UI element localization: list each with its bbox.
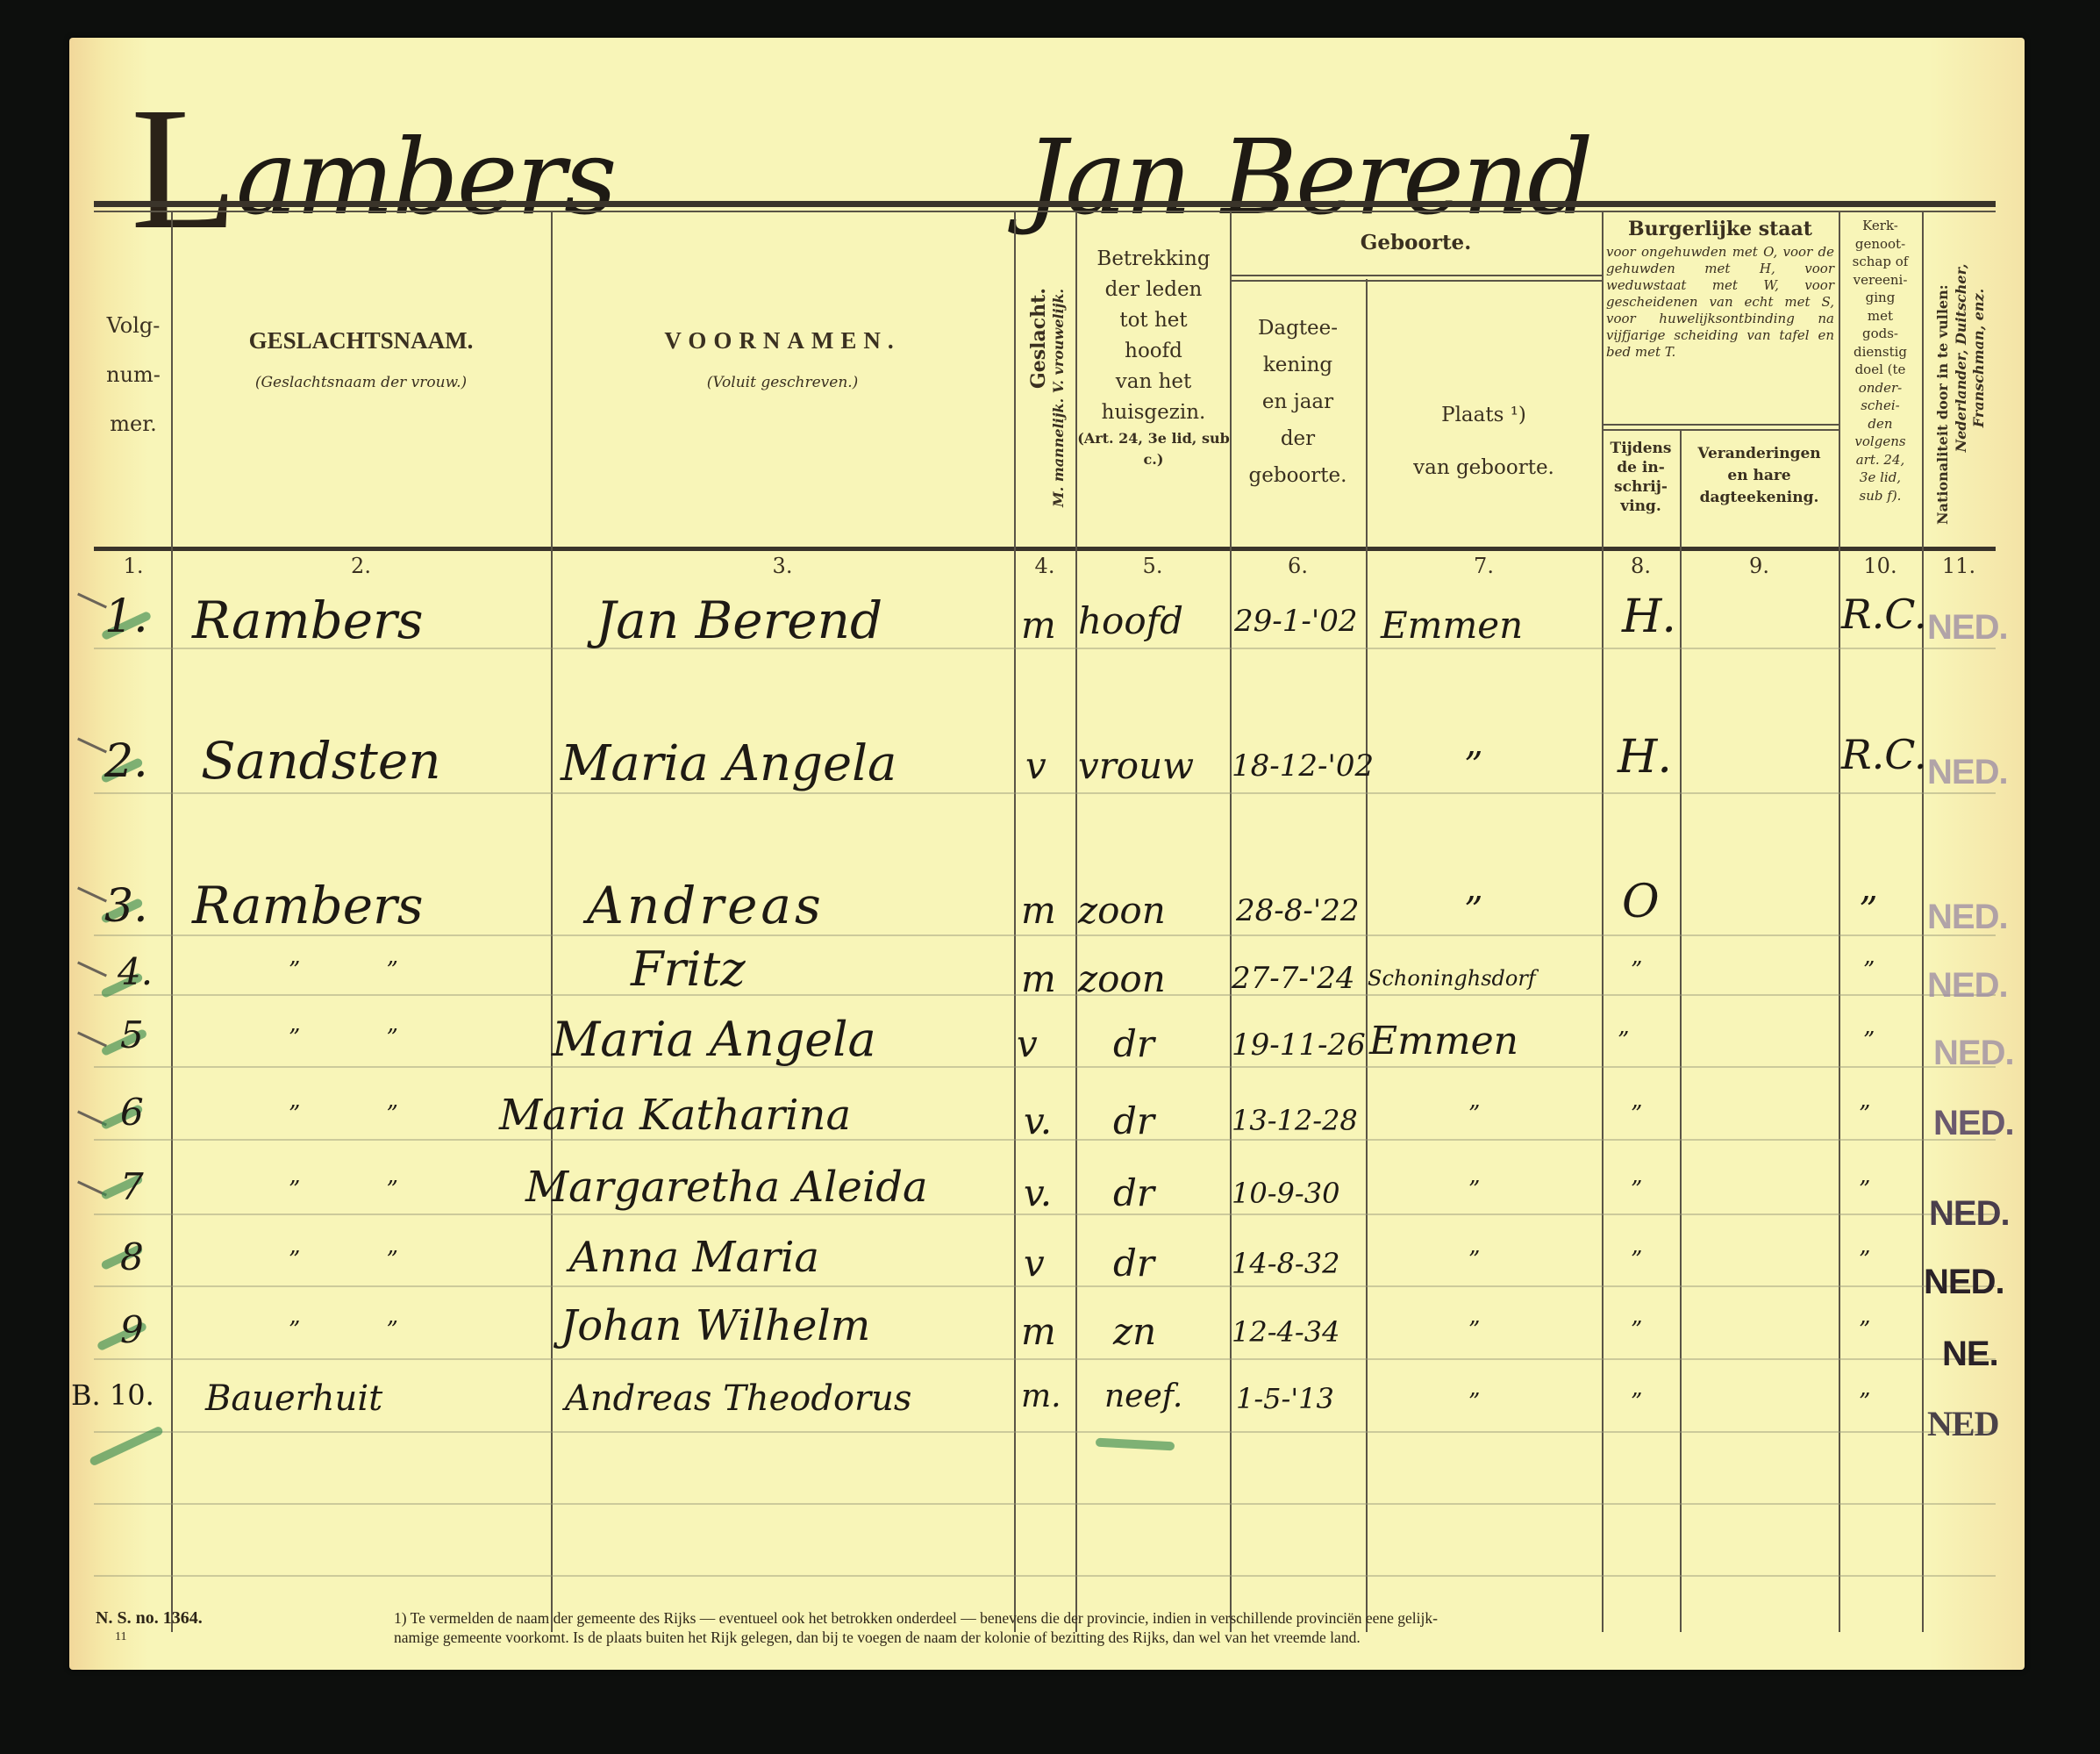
- header-text: dagteekening.: [1680, 487, 1839, 509]
- given-names: Johan Wilhelm: [561, 1301, 870, 1350]
- row-number: 3.: [104, 880, 148, 933]
- header-text: met: [1839, 307, 1922, 326]
- header-text: Volg-: [96, 301, 171, 350]
- col-number-4: 4.: [1014, 554, 1075, 578]
- surname: Sandsten: [201, 731, 441, 791]
- birth-place: ”: [1464, 744, 1482, 787]
- surname: Bauerhuit: [205, 1378, 382, 1419]
- header-text: Kerk-: [1839, 217, 1922, 235]
- row-number: 9: [120, 1308, 144, 1351]
- header-text: van geboorte.: [1366, 441, 1602, 494]
- ruled-line: [94, 1285, 1996, 1287]
- col-number-3: 3.: [551, 554, 1014, 578]
- col-number-2: 2.: [171, 554, 551, 578]
- nationality-stamp: NED: [1927, 1403, 1998, 1444]
- header-text: genoot-: [1839, 235, 1922, 254]
- sex: m: [1021, 1310, 1056, 1353]
- check-mark-icon: [77, 1032, 107, 1048]
- ruled-line: [94, 792, 1996, 794]
- header-top-rule-thin: [94, 211, 1996, 212]
- col-divider-3: [1014, 211, 1016, 1632]
- given-names: Andreas: [587, 876, 825, 935]
- col-number-6: 6.: [1230, 554, 1366, 578]
- check-mark-icon: [77, 887, 107, 903]
- birth-place: ”: [1468, 1317, 1480, 1343]
- sex: m.: [1021, 1378, 1061, 1414]
- header-top-rule: [94, 201, 1996, 207]
- col-number-9: 9.: [1680, 554, 1839, 578]
- surname: Rambers: [192, 876, 424, 935]
- surname: ” ”: [289, 1101, 398, 1128]
- header-text: onder-: [1839, 379, 1922, 397]
- header-text: der leden: [1077, 275, 1230, 305]
- row-number: 1.: [104, 591, 148, 643]
- given-names: Anna Maria: [569, 1233, 819, 1282]
- surname: ” ”: [289, 1177, 398, 1203]
- birth-place: Schoninghsdorf: [1368, 966, 1536, 991]
- header-text: Tijdens: [1602, 439, 1680, 458]
- birth-date: 12-4-34: [1232, 1315, 1339, 1349]
- surname: ” ”: [289, 1317, 398, 1343]
- birth-place: ”: [1468, 1247, 1480, 1273]
- nationality-stamp: NED.: [1927, 753, 2008, 792]
- ruled-line: [94, 1066, 1996, 1068]
- burgerlijke-rule-2: [1602, 429, 1839, 431]
- sex: v.: [1024, 1099, 1052, 1142]
- header-note: (Art. 24, 3e lid, sub c.): [1077, 428, 1230, 470]
- col-divider-1: [171, 211, 173, 1632]
- check-mark-icon: [77, 962, 107, 977]
- civil-status: H.: [1618, 731, 1672, 784]
- birth-place: ”: [1468, 1177, 1480, 1203]
- ruled-line: [94, 1503, 1996, 1505]
- row-number: 7: [120, 1165, 144, 1208]
- birth-place: ”: [1468, 1389, 1480, 1415]
- sex: m: [1021, 957, 1056, 1000]
- sex: v.: [1024, 1171, 1052, 1214]
- relation: dr: [1113, 1022, 1154, 1065]
- header-text: geboorte.: [1230, 457, 1366, 494]
- nationality-stamp: NED.: [1924, 1263, 2004, 1302]
- header-burgerlijke-staat: Burgerlijke staat voor ongehuwden met O,…: [1606, 218, 1834, 361]
- relation: zoon: [1078, 957, 1166, 1000]
- footnote-line: 1) Te vermelden de naam der gemeente des…: [394, 1608, 1955, 1628]
- relation: dr: [1113, 1171, 1154, 1214]
- title-surname: ambers: [236, 117, 616, 238]
- header-text: Betrekking: [1077, 244, 1230, 275]
- header-subtitle: (Voluit geschreven.): [551, 374, 1014, 391]
- col-number-8: 8.: [1602, 554, 1680, 578]
- header-text: van het: [1077, 367, 1230, 397]
- col-number-7: 7.: [1366, 554, 1602, 578]
- civil-status: ”: [1631, 1177, 1642, 1203]
- relation: vrouw: [1078, 744, 1194, 787]
- header-text: huisgezin.: [1077, 397, 1230, 428]
- header-geslachtsnaam: GESLACHTSNAAM. (Geslachtsnaam der vrouw.…: [171, 327, 551, 391]
- given-names: Andreas Theodorus: [565, 1378, 911, 1419]
- header-tijdens: Tijdens de in- schrij- ving.: [1602, 439, 1680, 516]
- relation: dr: [1113, 1099, 1154, 1142]
- header-text: mer.: [96, 399, 171, 448]
- surname: ” ”: [289, 1025, 398, 1051]
- given-names: Margaretha Aleida: [525, 1163, 928, 1212]
- sex: v: [1025, 744, 1046, 787]
- header-text: 3e lid,: [1839, 469, 1922, 487]
- footnote-line: namige gemeente voorkomt. Is de plaats b…: [394, 1628, 1955, 1647]
- church: ”: [1859, 1101, 1870, 1128]
- header-text: volgens: [1839, 433, 1922, 451]
- given-names: Maria Katharina: [499, 1091, 851, 1140]
- header-subtitle: (Geslachtsnaam der vrouw.): [171, 374, 551, 391]
- civil-status: ”: [1631, 1317, 1642, 1343]
- geboorte-rule: [1230, 275, 1602, 276]
- header-text: Veranderingen: [1680, 443, 1839, 465]
- row-number: 8: [120, 1235, 144, 1278]
- header-text: vereeni-: [1839, 271, 1922, 290]
- header-geboorte: Geboorte.: [1230, 231, 1602, 254]
- header-text: num-: [96, 350, 171, 399]
- birth-place: ”: [1464, 889, 1482, 932]
- church: ”: [1859, 1177, 1870, 1203]
- header-dagteekening: Dagtee- kening en jaar der geboorte.: [1230, 310, 1366, 494]
- header-text: doel (te: [1839, 361, 1922, 379]
- header-text: tot het: [1077, 305, 1230, 336]
- row-number: 6: [120, 1091, 144, 1134]
- header-text: art. 24,: [1839, 451, 1922, 469]
- header-text: der: [1230, 420, 1366, 457]
- green-underline-mark-icon: [1096, 1438, 1175, 1451]
- header-nationaliteit-sub: Nederlander, Duitscher, Franschman, enz.: [1953, 231, 1988, 485]
- header-text: sub f).: [1839, 487, 1922, 505]
- footnote: 1) Te vermelden de naam der gemeente des…: [394, 1608, 1955, 1647]
- col-divider-8: [1680, 430, 1682, 1632]
- header-text: schrij-: [1602, 477, 1680, 497]
- nationality-stamp: NED.: [1927, 608, 2008, 648]
- relation: zoon: [1078, 889, 1166, 932]
- header-volgnummer: Volg- num- mer.: [96, 301, 171, 448]
- row-number: B. 10.: [71, 1378, 154, 1412]
- form-number: N. S. no. 1364.: [96, 1608, 203, 1629]
- title-given-names: Jan Berend: [1025, 117, 1591, 238]
- nationality-stamp: NED.: [1927, 898, 2008, 937]
- header-text: Plaats ¹): [1366, 389, 1602, 441]
- header-title: Geslacht.: [1027, 288, 1050, 389]
- church: ”: [1863, 957, 1875, 984]
- header-text: ging: [1839, 289, 1922, 307]
- col-number-1: 1.: [96, 554, 171, 578]
- birth-date: 27-7-'24: [1232, 961, 1354, 996]
- church: ”: [1859, 1317, 1870, 1343]
- birth-date: 29-1-'02: [1234, 604, 1357, 639]
- civil-status: ”: [1631, 1389, 1642, 1415]
- birth-date: 13-12-28: [1232, 1104, 1358, 1137]
- relation: dr: [1113, 1242, 1154, 1285]
- sex: m: [1021, 604, 1056, 647]
- header-desc: voor ongehuwden met O, voor de gehuwden …: [1606, 244, 1834, 361]
- header-text: den: [1839, 415, 1922, 433]
- birth-place: Emmen: [1381, 604, 1523, 647]
- birth-date: 10-9-30: [1232, 1177, 1339, 1210]
- header-geslacht: Geslacht.: [1027, 288, 1050, 494]
- header-plaats: Plaats ¹) van geboorte.: [1366, 389, 1602, 494]
- birth-date: 19-11-26: [1232, 1027, 1366, 1063]
- burgerlijke-rule: [1602, 424, 1839, 426]
- header-text: de in-: [1602, 458, 1680, 477]
- sex: v: [1017, 1022, 1038, 1065]
- header-title: GESLACHTSNAAM.: [171, 327, 551, 354]
- church: ”: [1859, 1247, 1870, 1273]
- civil-status: ”: [1631, 957, 1642, 984]
- surname: Rambers: [192, 591, 424, 650]
- civil-status: ”: [1618, 1027, 1629, 1054]
- header-veranderingen: Veranderingen en hare dagteekening.: [1680, 443, 1839, 509]
- row-number: 2.: [104, 735, 148, 788]
- nationality-stamp: NED.: [1933, 1034, 2014, 1073]
- header-text: dienstig: [1839, 343, 1922, 362]
- header-text: en hare: [1680, 465, 1839, 487]
- check-mark-icon: [77, 593, 107, 609]
- header-text: ving.: [1602, 497, 1680, 516]
- given-names: Maria Angela: [561, 735, 896, 792]
- church: ”: [1859, 1389, 1870, 1415]
- civil-status: H.: [1622, 591, 1676, 643]
- birth-date: 14-8-32: [1232, 1247, 1339, 1280]
- nationality-stamp: NE.: [1942, 1335, 1998, 1374]
- header-title: VOORNAMEN.: [551, 327, 1014, 354]
- header-nationaliteit: Nationaliteit door in te vullen:: [1934, 284, 1951, 525]
- church: ”: [1863, 1027, 1875, 1054]
- surname: ” ”: [289, 1247, 398, 1273]
- col-divider-10: [1922, 211, 1924, 1632]
- church: ”: [1859, 889, 1877, 932]
- church: R.C.: [1841, 591, 1926, 638]
- birth-date: 1-5-'13: [1236, 1382, 1334, 1415]
- church: R.C.: [1841, 731, 1926, 778]
- row-number: 4.: [118, 950, 153, 993]
- civil-status: ”: [1631, 1101, 1642, 1128]
- form-subnumber: 11: [115, 1630, 126, 1644]
- header-voornamen: VOORNAMEN. (Voluit geschreven.): [551, 327, 1014, 391]
- header-kerkgenootschap: Kerk- genoot- schap of vereeni- ging met…: [1839, 217, 1922, 505]
- civil-status: ”: [1631, 1247, 1642, 1273]
- given-names: Jan Berend: [596, 591, 882, 650]
- surname: ” ”: [289, 957, 398, 984]
- relation: neef.: [1104, 1378, 1182, 1414]
- header-title: Burgerlijke staat: [1606, 218, 1834, 240]
- header-text: schap of: [1839, 253, 1922, 271]
- header-text: Dagtee-: [1230, 310, 1366, 347]
- nationality-stamp: NED.: [1933, 1104, 2014, 1143]
- title-initial: L: [131, 90, 238, 248]
- given-names: Maria Angela: [552, 1012, 876, 1067]
- relation: zn: [1113, 1310, 1156, 1353]
- header-text: en jaar: [1230, 383, 1366, 420]
- check-mark-icon: [77, 738, 107, 754]
- birth-place: Emmen: [1369, 1019, 1518, 1063]
- nationality-stamp: NED.: [1927, 966, 2008, 1006]
- col-number-10: 10.: [1839, 554, 1922, 578]
- header-betrekking: Betrekking der leden tot het hoofd van h…: [1077, 244, 1230, 470]
- row-number: 5: [120, 1013, 144, 1056]
- col-number-5: 5.: [1075, 554, 1230, 578]
- birth-date: 18-12-'02: [1232, 748, 1374, 784]
- header-text: gods-: [1839, 325, 1922, 343]
- ruled-line: [94, 1358, 1996, 1360]
- sex: v: [1024, 1242, 1045, 1285]
- geboorte-rule-2: [1230, 280, 1602, 282]
- birth-place: ”: [1468, 1101, 1480, 1128]
- header-text: hoofd: [1077, 336, 1230, 367]
- ruled-line: [94, 1431, 1996, 1433]
- col-divider-2: [551, 211, 553, 1632]
- header-geslacht-sub: M. mannelijk. V. vrouwelijk.: [1050, 289, 1067, 507]
- header-text: schei-: [1839, 397, 1922, 415]
- civil-status: O: [1622, 876, 1660, 928]
- sex: m: [1021, 889, 1056, 932]
- birth-date: 28-8-'22: [1236, 893, 1359, 928]
- ruled-line: [94, 1575, 1996, 1577]
- given-names: Fritz: [631, 941, 746, 997]
- relation: hoofd: [1078, 599, 1183, 642]
- register-card: L ambers Jan Berend Volg- num- mer. GESL…: [69, 38, 2025, 1670]
- header-bottom-rule: [94, 547, 1996, 551]
- col-number-11: 11.: [1922, 554, 1996, 578]
- header-text: kening: [1230, 347, 1366, 383]
- nationality-stamp: NED.: [1929, 1194, 2010, 1234]
